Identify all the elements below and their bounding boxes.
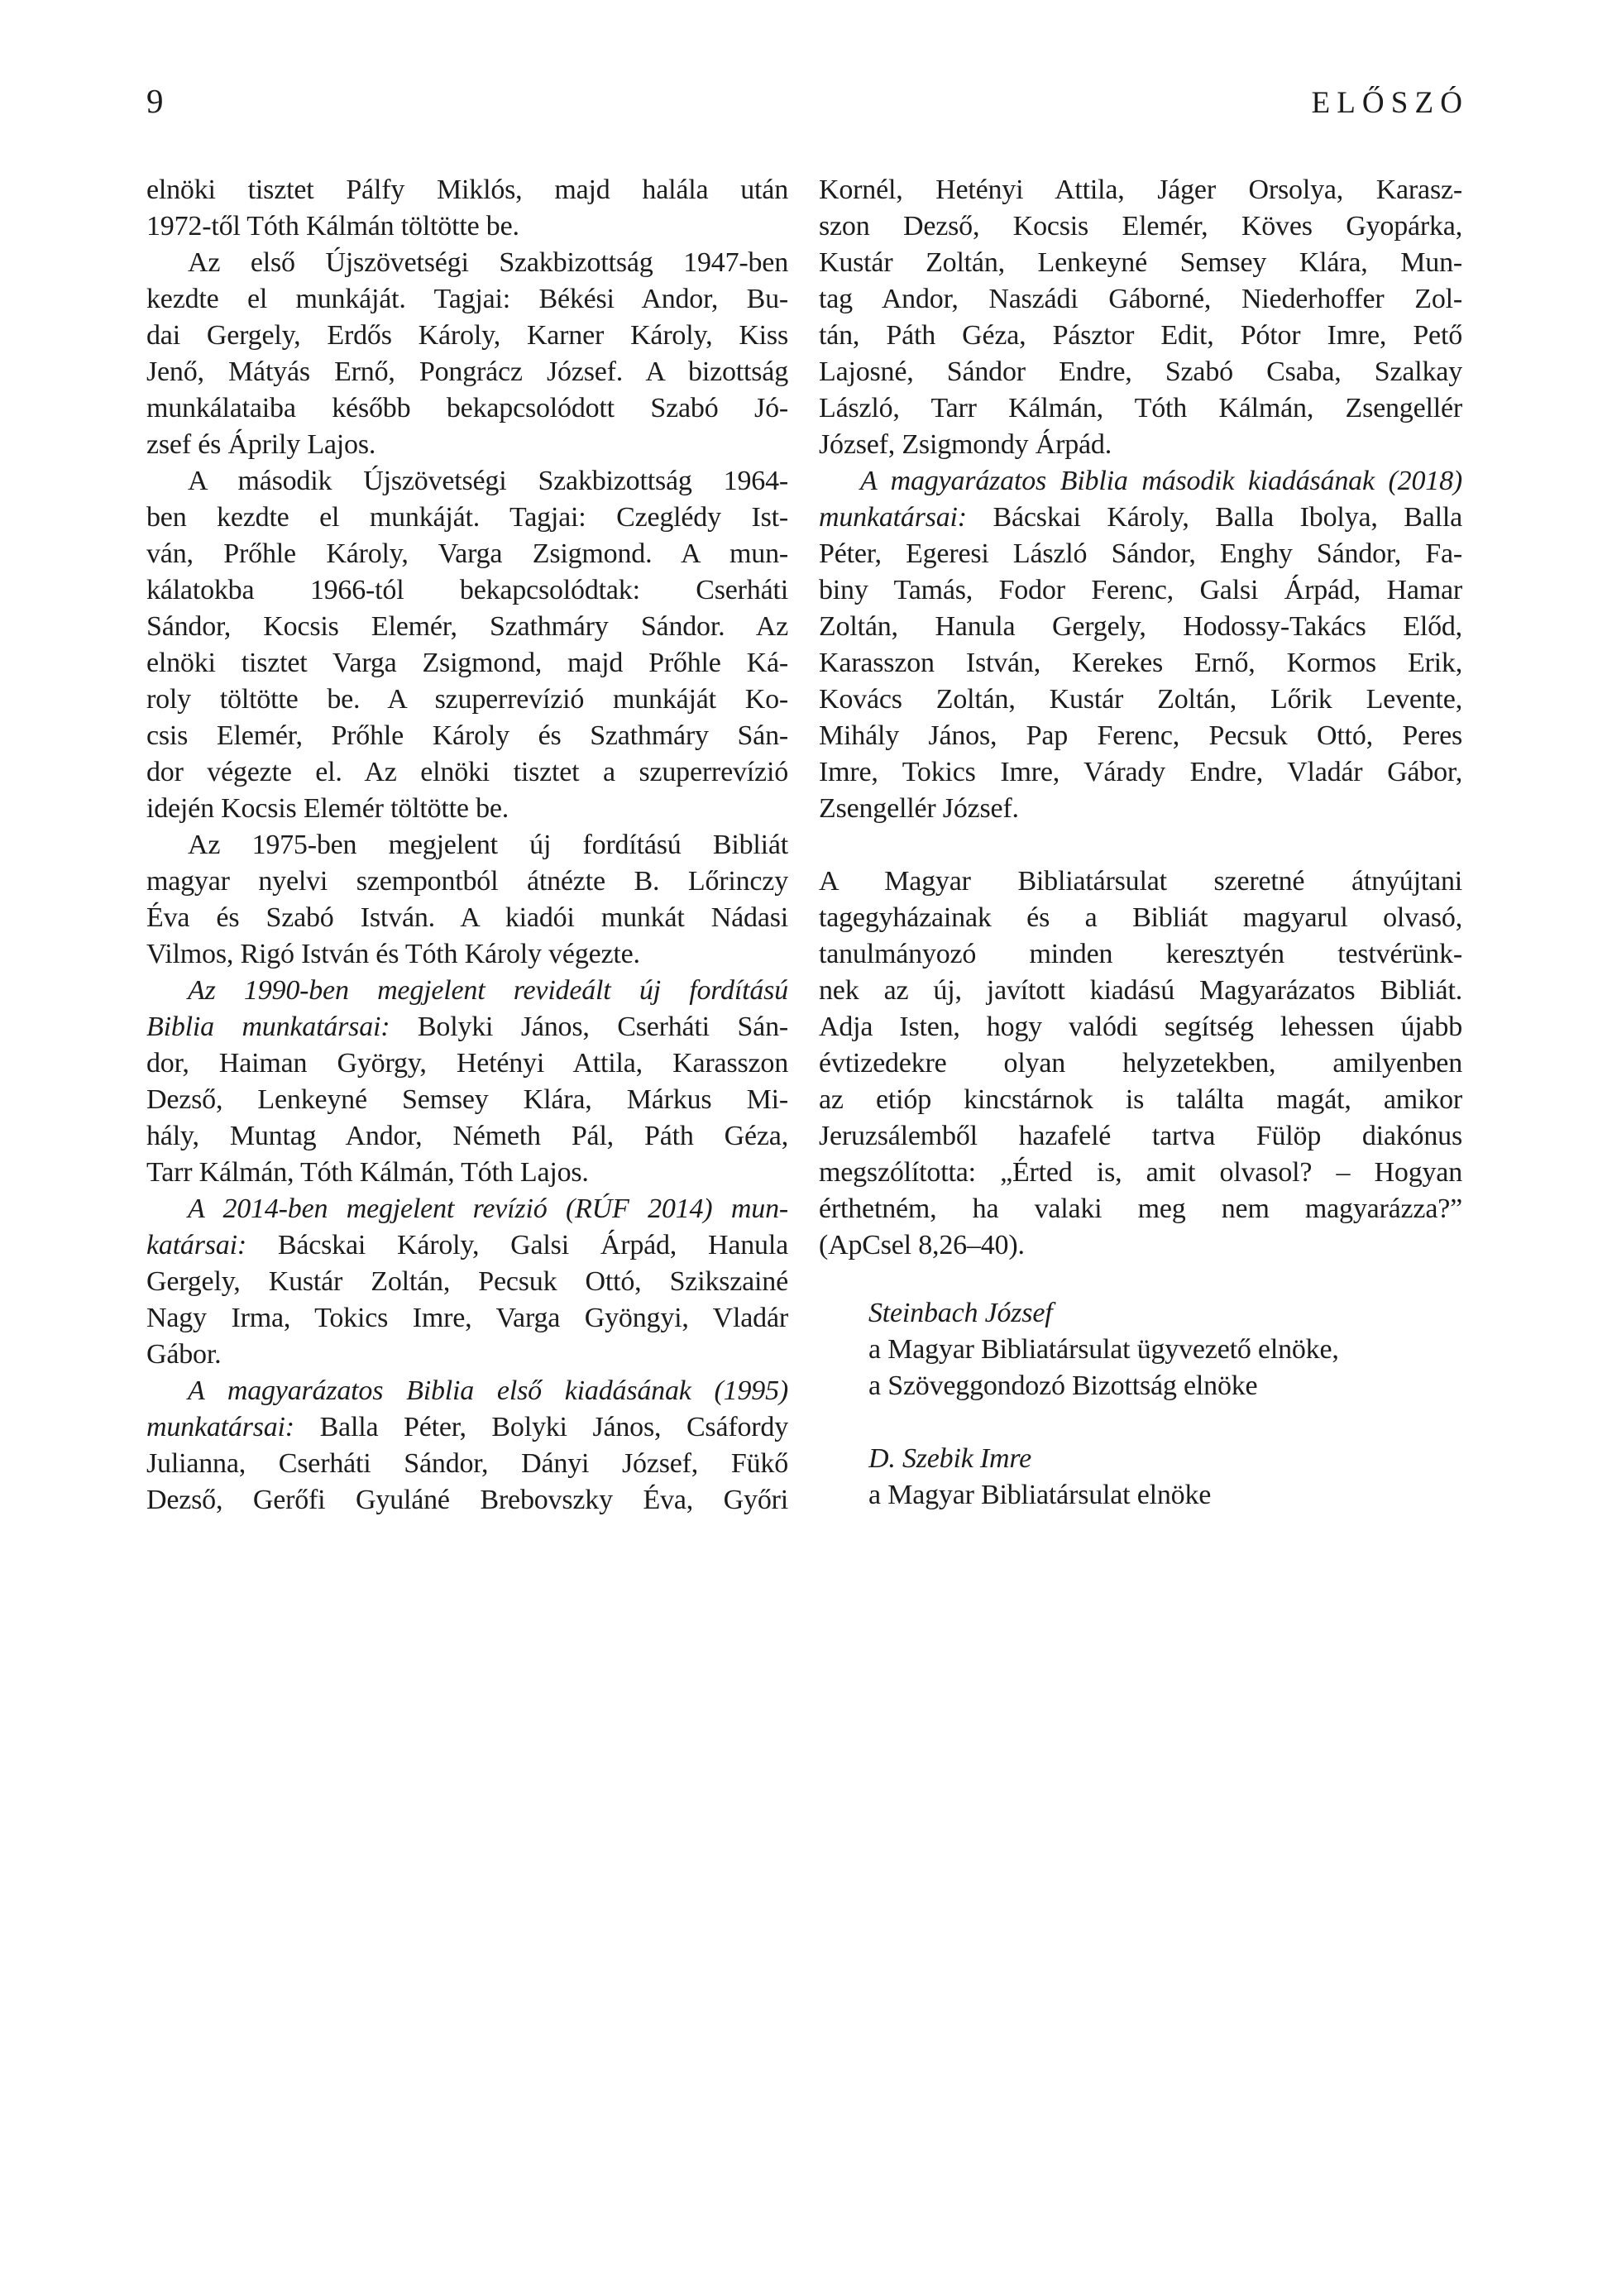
text-segment: Adja Isten, hogy valódi segítség lehesse… [819,1012,1462,1042]
text-segment: Jenő, Mátyás Ernő, Pongrácz József. A bi… [146,356,788,387]
text-line: Kustár Zoltán, Lenkeyné Semsey Klára, Mu… [819,245,1462,281]
text-line: Az 1975-ben megjelent új fordítású Bibli… [146,827,788,863]
text-line: dor végezte el. Az elnöki tisztet a szup… [146,754,788,791]
italic-text-segment: D. Szebik Imre [868,1443,1031,1474]
italic-text-segment: A magyarázatos Biblia második kiadásának… [860,466,1462,496]
text-line: elnöki tisztet Varga Zsigmond, majd Prőh… [146,645,788,682]
text-segment: az etióp kincstárnok is találta magát, a… [819,1084,1462,1115]
text-line: Vilmos, Rigó István és Tóth Károly végez… [146,936,788,973]
text-line: nek az új, javított kiadású Magyarázatos… [819,973,1462,1009]
text-line: Jenő, Mátyás Ernő, Pongrácz József. A bi… [146,354,788,390]
text-segment: Kustár Zoltán, Lenkeyné Semsey Klára, Mu… [819,247,1462,278]
text-line: az etióp kincstárnok is találta magát, a… [819,1082,1462,1118]
text-line: kezdte el munkáját. Tagjai: Békési Andor… [146,281,788,318]
text-line: a Magyar Bibliatársulat ügyvezető elnöke… [868,1332,1462,1368]
text-segment: Lajosné, Sándor Endre, Szabó Csaba, Szal… [819,356,1462,387]
text-line: Gábor. [146,1337,788,1373]
text-segment: Bácskai Károly, Galsi Árpád, Hanula [246,1230,788,1260]
text-segment: roly töltötte be. A szuperrevízió munkáj… [146,684,788,715]
text-segment: Dezső, Gerőfi Gyuláné Brebovszky Éva, Gy… [146,1485,788,1515]
text-line: Dezső, Gerőfi Gyuláné Brebovszky Éva, Gy… [146,1482,788,1519]
paragraph: A Magyar Bibliatársulat szeretné átnyújt… [819,863,1462,1264]
text-segment: megszólította: „Érted is, amit olvasol? … [819,1157,1462,1188]
text-line: Az 1990-ben megjelent revideált új fordí… [146,973,788,1009]
page-number: 9 [146,81,164,121]
text-segment: kezdte el munkáját. Tagjai: Békési Andor… [146,284,788,314]
left-column: elnöki tisztet Pálfy Miklós, majd halála… [146,172,788,1519]
text-segment: érthetném, ha valaki meg nem magyarázza?… [819,1193,1462,1224]
text-segment: tagegyházainak és a Bibliát magyarul olv… [819,902,1462,933]
text-line: dai Gergely, Erdős Károly, Karner Károly… [146,318,788,354]
text-line: megszólította: „Érted is, amit olvasol? … [819,1155,1462,1191]
text-segment: Nagy Irma, Tokics Imre, Varga Gyöngyi, V… [146,1303,788,1333]
text-line: Éva és Szabó István. A kiadói munkát Nád… [146,900,788,936]
text-line: D. Szebik Imre [868,1441,1462,1477]
text-segment: idején Kocsis Elemér töltötte be. [146,793,509,824]
text-segment: Mihály János, Pap Ferenc, Pecsuk Ottó, P… [819,720,1462,751]
text-line: Tarr Kálmán, Tóth Kálmán, Tóth Lajos. [146,1155,788,1191]
text-segment: Imre, Tokics Imre, Várady Endre, Vladár … [819,757,1462,787]
text-segment: a Magyar Bibliatársulat ügyvezető elnöke… [868,1334,1339,1365]
text-line: katársai: Bácskai Károly, Galsi Árpád, H… [146,1227,788,1264]
text-line: Biblia munkatársai: Bolyki János, Cserhá… [146,1009,788,1045]
text-segment: dai Gergely, Erdős Károly, Karner Károly… [146,320,788,351]
italic-text-segment: Biblia munkatársai: [146,1012,390,1042]
text-line: a Magyar Bibliatársulat elnöke [868,1477,1462,1514]
paragraph: A második Újszövetségi Szakbizottság 196… [146,463,788,827]
text-line: Lajosné, Sándor Endre, Szabó Csaba, Szal… [819,354,1462,390]
text-segment: Kovács Zoltán, Kustár Zoltán, Lőrik Leve… [819,684,1462,715]
text-line: tanulmányozó minden keresztyén testvérün… [819,936,1462,973]
text-line: Jeruzsálemből hazafelé tartva Fülöp diak… [819,1118,1462,1155]
paragraph: elnöki tisztet Pálfy Miklós, majd halála… [146,172,788,245]
text-line: Gergely, Kustár Zoltán, Pecsuk Ottó, Szi… [146,1264,788,1300]
text-segment: Balla Péter, Bolyki János, Csáfordy [294,1412,788,1442]
page-title: ELŐSZÓ [1311,84,1469,123]
page-header: 9 ELŐSZÓ [146,81,1462,123]
text-line: szon Dezső, Kocsis Elemér, Köves Gyopárk… [819,208,1462,245]
text-line: Karasszon István, Kerekes Ernő, Kormos E… [819,645,1462,682]
text-line: A magyarázatos Biblia második kiadásának… [819,463,1462,500]
book-page: 9 ELŐSZÓ elnöki tisztet Pálfy Miklós, ma… [0,0,1612,2296]
italic-text-segment: munkatársai: [146,1412,294,1442]
text-segment: elnöki tisztet Pálfy Miklós, majd halála… [146,175,788,205]
text-segment: A Magyar Bibliatársulat szeretné átnyújt… [819,866,1462,897]
text-segment: a Szöveggondozó Bizottság elnöke [868,1370,1257,1401]
text-line: Sándor, Kocsis Elemér, Szathmáry Sándor.… [146,609,788,645]
text-line: Nagy Irma, Tokics Imre, Varga Gyöngyi, V… [146,1300,788,1337]
text-line: ván, Prőhle Károly, Varga Zsigmond. A mu… [146,536,788,572]
text-segment: A második Újszövetségi Szakbizottság 196… [188,466,788,496]
text-line: Kovács Zoltán, Kustár Zoltán, Lőrik Leve… [819,682,1462,718]
text-line: elnöki tisztet Pálfy Miklós, majd halála… [146,172,788,208]
italic-text-segment: Steinbach József [868,1298,1052,1328]
text-segment: csis Elemér, Prőhle Károly és Szathmáry … [146,720,788,751]
text-segment: évtizedekre olyan helyzetekben, amilyenb… [819,1048,1462,1079]
text-line: tán, Páth Géza, Pásztor Edit, Pótor Imre… [819,318,1462,354]
paragraph: Az 1990-ben megjelent revideált új fordí… [146,973,788,1191]
text-line: Az első Újszövetségi Szakbizottság 1947-… [146,245,788,281]
text-segment: Az első Újszövetségi Szakbizottság 1947-… [188,247,788,278]
text-line: tagegyházainak és a Bibliát magyarul olv… [819,900,1462,936]
text-segment: dor végezte el. Az elnöki tisztet a szup… [146,757,788,787]
text-segment: Éva és Szabó István. A kiadói munkát Nád… [146,902,788,933]
text-segment: Bácskai Károly, Balla Ibolya, Balla [967,502,1462,533]
text-segment: hály, Muntag Andor, Németh Pál, Páth Géz… [146,1121,788,1151]
text-segment: Péter, Egeresi László Sándor, Enghy Sánd… [819,538,1462,569]
text-line: munkatársai: Bácskai Károly, Balla Iboly… [819,500,1462,536]
text-segment: 1972-től Tóth Kálmán töltötte be. [146,211,519,242]
text-segment: Gábor. [146,1339,221,1370]
paragraph: Az 1975-ben megjelent új fordítású Bibli… [146,827,788,973]
text-segment: dor, Haiman György, Hetényi Attila, Kara… [146,1048,788,1079]
text-line: Steinbach József [868,1295,1462,1332]
text-line: évtizedekre olyan helyzetekben, amilyenb… [819,1045,1462,1082]
text-segment: Julianna, Cserháti Sándor, Dányi József,… [146,1448,788,1479]
signature-block: Steinbach Józsefa Magyar Bibliatársulat … [819,1295,1462,1404]
text-line: magyar nyelvi szempontból átnézte B. Lőr… [146,863,788,900]
text-segment: Sándor, Kocsis Elemér, Szathmáry Sándor.… [146,611,788,642]
text-segment: tanulmányozó minden keresztyén testvérün… [819,939,1462,969]
text-segment: szon Dezső, Kocsis Elemér, Köves Gyopárk… [819,211,1462,242]
paragraph: Kornél, Hetényi Attila, Jáger Orsolya, K… [819,172,1462,463]
text-line: hály, Muntag Andor, Németh Pál, Páth Géz… [146,1118,788,1155]
paragraph: A magyarázatos Biblia második kiadásának… [819,463,1462,827]
text-segment: Karasszon István, Kerekes Ernő, Kormos E… [819,648,1462,678]
text-segment: kálatokba 1966-tól bekapcsolódtak: Cserh… [146,575,788,605]
text-line: Imre, Tokics Imre, Várady Endre, Vladár … [819,754,1462,791]
italic-text-segment: katársai: [146,1230,246,1260]
text-line: zsef és Áprily Lajos. [146,427,788,463]
text-line: kálatokba 1966-tól bekapcsolódtak: Cserh… [146,572,788,609]
italic-text-segment: munkatársai: [819,502,967,533]
text-segment: Kornél, Hetényi Attila, Jáger Orsolya, K… [819,175,1462,205]
text-segment: nek az új, javított kiadású Magyarázatos… [819,975,1462,1006]
text-segment: Az 1975-ben megjelent új fordítású Bibli… [188,830,788,860]
text-segment: zsef és Áprily Lajos. [146,429,375,460]
text-segment: Zoltán, Hanula Gergely, Hodossy-Takács E… [819,611,1462,642]
text-segment: Bolyki János, Cserháti Sán- [390,1012,788,1042]
text-line: A 2014-ben megjelent revízió (RÚF 2014) … [146,1191,788,1227]
text-line: László, Tarr Kálmán, Tóth Kálmán, Zsenge… [819,390,1462,427]
text-line: Péter, Egeresi László Sándor, Enghy Sánd… [819,536,1462,572]
text-line: Julianna, Cserháti Sándor, Dányi József,… [146,1446,788,1482]
italic-text-segment: A magyarázatos Biblia első kiadásának (1… [188,1375,788,1406]
text-segment: Gergely, Kustár Zoltán, Pecsuk Ottó, Szi… [146,1266,788,1297]
paragraph: A 2014-ben megjelent revízió (RÚF 2014) … [146,1191,788,1373]
text-line: a Szöveggondozó Bizottság elnöke [868,1368,1462,1404]
text-line: biny Tamás, Fodor Ferenc, Galsi Árpád, H… [819,572,1462,609]
text-segment: biny Tamás, Fodor Ferenc, Galsi Árpád, H… [819,575,1462,605]
text-segment: elnöki tisztet Varga Zsigmond, majd Prőh… [146,648,788,678]
text-line: József, Zsigmondy Árpád. [819,427,1462,463]
text-line: Zsengellér József. [819,791,1462,827]
text-segment: József, Zsigmondy Árpád. [819,429,1112,460]
text-line: A Magyar Bibliatársulat szeretné átnyújt… [819,863,1462,900]
text-segment: Zsengellér József. [819,793,1019,824]
text-segment: magyar nyelvi szempontból átnézte B. Lőr… [146,866,788,897]
text-segment: Vilmos, Rigó István és Tóth Károly végez… [146,939,640,969]
text-line: Adja Isten, hogy valódi segítség lehesse… [819,1009,1462,1045]
text-line: ben kezdte el munkáját. Tagjai: Czeglédy… [146,500,788,536]
text-segment: Tarr Kálmán, Tóth Kálmán, Tóth Lajos. [146,1157,589,1188]
text-line: (ApCsel 8,26–40). [819,1227,1462,1264]
text-segment: a Magyar Bibliatársulat elnöke [868,1480,1211,1510]
text-segment: ben kezdte el munkáját. Tagjai: Czeglédy… [146,502,788,533]
text-line: Dezső, Lenkeyné Semsey Klára, Márkus Mi- [146,1082,788,1118]
signature-block: D. Szebik Imrea Magyar Bibliatársulat el… [819,1441,1462,1514]
text-line: csis Elemér, Prőhle Károly és Szathmáry … [146,718,788,754]
text-line: 1972-től Tóth Kálmán töltötte be. [146,208,788,245]
text-segment: Jeruzsálemből hazafelé tartva Fülöp diak… [819,1121,1462,1151]
text-segment: tag Andor, Naszádi Gáborné, Niederhoffer… [819,284,1462,314]
right-column: Kornél, Hetényi Attila, Jáger Orsolya, K… [819,172,1462,1514]
text-line: dor, Haiman György, Hetényi Attila, Kara… [146,1045,788,1082]
text-segment: László, Tarr Kálmán, Tóth Kálmán, Zsenge… [819,393,1462,423]
text-segment: tán, Páth Géza, Pásztor Edit, Pótor Imre… [819,320,1462,351]
text-line: A magyarázatos Biblia első kiadásának (1… [146,1373,788,1409]
text-line: munkatársai: Balla Péter, Bolyki János, … [146,1409,788,1446]
text-segment: ván, Prőhle Károly, Varga Zsigmond. A mu… [146,538,788,569]
text-segment: (ApCsel 8,26–40). [819,1230,1025,1260]
text-line: roly töltötte be. A szuperrevízió munkáj… [146,682,788,718]
text-line: tag Andor, Naszádi Gáborné, Niederhoffer… [819,281,1462,318]
text-segment: Dezső, Lenkeyné Semsey Klára, Márkus Mi- [146,1084,788,1115]
text-line: Mihály János, Pap Ferenc, Pecsuk Ottó, P… [819,718,1462,754]
text-line: A második Újszövetségi Szakbizottság 196… [146,463,788,500]
text-line: idején Kocsis Elemér töltötte be. [146,791,788,827]
text-line: Kornél, Hetényi Attila, Jáger Orsolya, K… [819,172,1462,208]
paragraph: A magyarázatos Biblia első kiadásának (1… [146,1373,788,1519]
italic-text-segment: Az 1990-ben megjelent revideált új fordí… [188,975,788,1006]
text-line: Zoltán, Hanula Gergely, Hodossy-Takács E… [819,609,1462,645]
paragraph: Az első Újszövetségi Szakbizottság 1947-… [146,245,788,463]
text-line: érthetném, ha valaki meg nem magyarázza?… [819,1191,1462,1227]
text-segment: munkálataiba később bekapcsolódott Szabó… [146,393,788,423]
text-line: munkálataiba később bekapcsolódott Szabó… [146,390,788,427]
italic-text-segment: A 2014-ben megjelent revízió (RÚF 2014) … [188,1193,788,1224]
